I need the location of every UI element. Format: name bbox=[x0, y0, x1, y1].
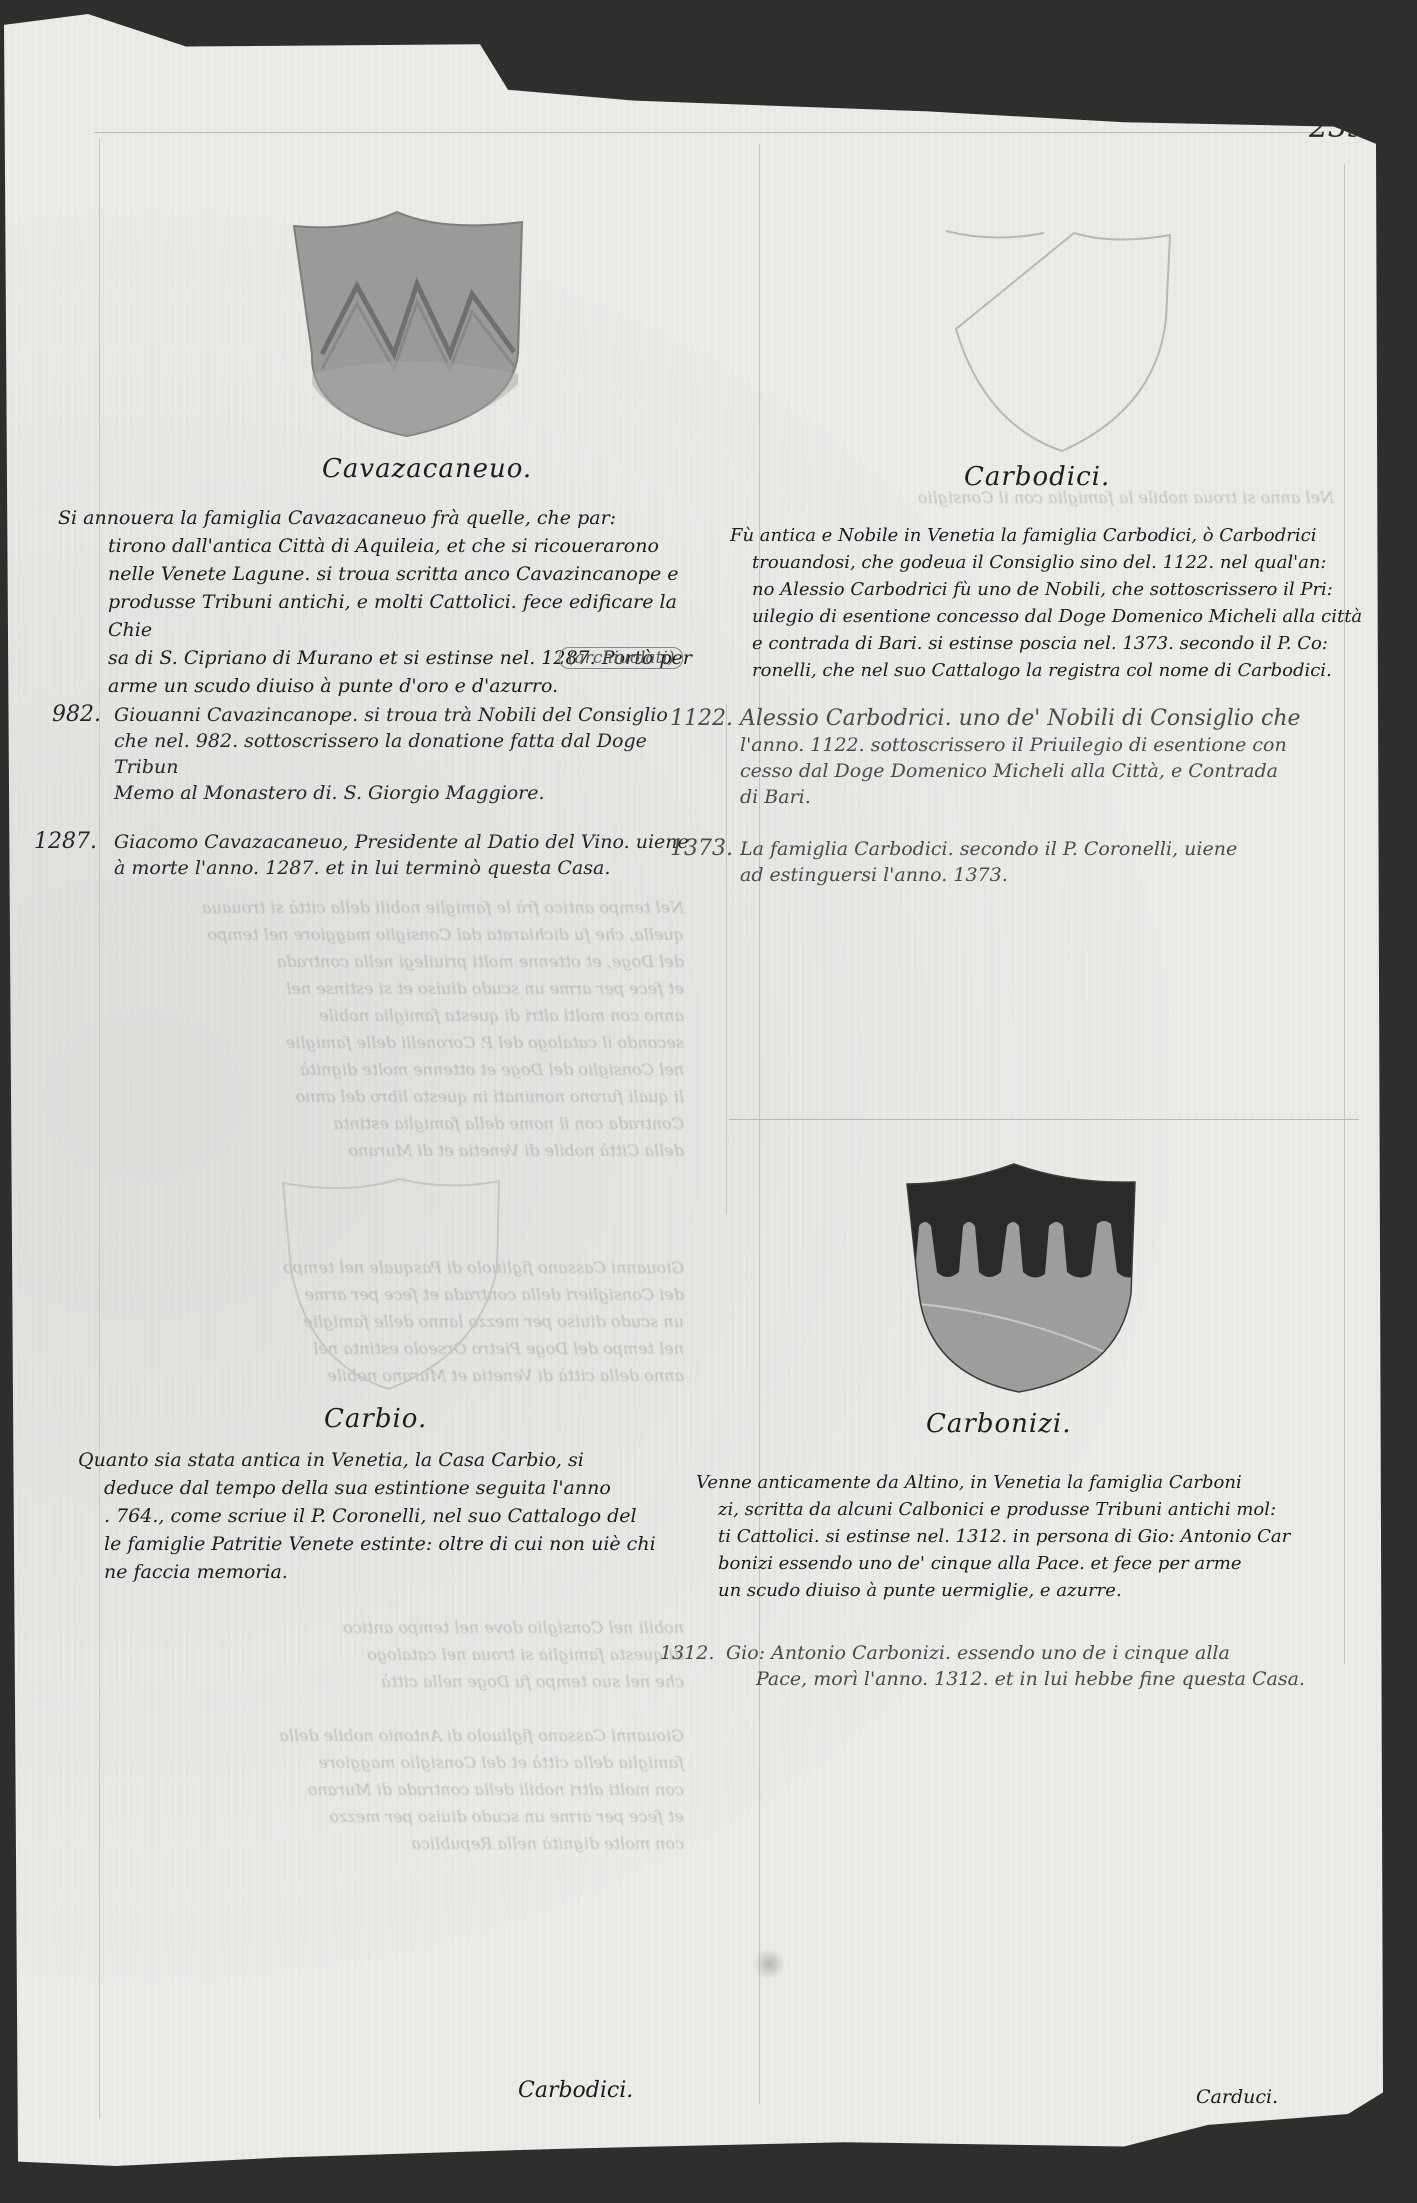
right-column-margin-line bbox=[726, 704, 727, 1214]
bleed-through-text-left: Nel tempo antico frà le famiglie nobili … bbox=[104, 894, 684, 1164]
description-line: bonizi essendo uno de' cinque alla Pace.… bbox=[696, 1550, 1356, 1577]
record-1373: 1373. La famiglia Carbodici. secondo il … bbox=[740, 836, 1350, 888]
description-line: ti Cattolici. si estinse nel. 1312. in p… bbox=[696, 1523, 1356, 1550]
record-year: 1373. bbox=[670, 836, 733, 862]
description-line: . 764., come scriue il P. Coronelli, nel… bbox=[78, 1502, 688, 1530]
record-1312: 1312. Gio: Antonio Carbonizi. essendo un… bbox=[726, 1640, 1346, 1692]
description-line: Quanto sia stata antica in Venetia, la C… bbox=[78, 1446, 688, 1474]
description-line: Si annouera la famiglia Cavazacaneuo frà… bbox=[58, 504, 698, 532]
record-line: à morte l'anno. 1287. et in lui terminò … bbox=[114, 855, 694, 881]
record-year: 1312. bbox=[660, 1640, 714, 1666]
record-line: Gio: Antonio Carbonizi. essendo uno de i… bbox=[726, 1640, 1346, 1666]
record-line: Alessio Carbodrici. uno de' Nobili di Co… bbox=[740, 706, 1350, 732]
carbonizi-shield-icon bbox=[899, 1154, 1139, 1404]
bleed-through-text-left-bottom: nobili nel Consiglio dove nel tempo anti… bbox=[104, 1614, 684, 1857]
record-line: Memo al Monastero di. S. Giorgio Maggior… bbox=[114, 780, 694, 806]
family-heading-cavazacaneuo: Cavazacaneuo. bbox=[322, 454, 532, 484]
record-1122: 1122. Alessio Carbodrici. uno de' Nobili… bbox=[740, 706, 1350, 810]
record-line: Giacomo Cavazacaneuo, Presidente al Dati… bbox=[114, 829, 694, 855]
family-heading-carbodici: Carbodici. bbox=[964, 462, 1110, 492]
top-ruling-line bbox=[94, 132, 1324, 133]
description-line: zi, scritta da alcuni Calbonici e produs… bbox=[696, 1496, 1356, 1523]
record-year: 1122. bbox=[670, 706, 733, 732]
record-line: Giouanni Cavazincanope. si troua trà Nob… bbox=[114, 702, 694, 728]
record-line: l'anno. 1122. sottoscrissero il Priuileg… bbox=[740, 732, 1350, 758]
record-year: 982. bbox=[52, 702, 101, 728]
carbodici-shield-icon bbox=[934, 219, 1174, 459]
description-line: tirono dall'antica Città di Aquileia, et… bbox=[58, 532, 698, 560]
description-line: ne faccia memoria. bbox=[78, 1558, 688, 1586]
description-line: e contrada di Bari. si estinse poscia ne… bbox=[730, 630, 1370, 657]
family-description-carbio: Quanto sia stata antica in Venetia, la C… bbox=[78, 1446, 688, 1586]
record-line: cesso dal Doge Domenico Micheli alla Cit… bbox=[740, 758, 1350, 784]
description-line: deduce dal tempo della sua estintione se… bbox=[78, 1474, 688, 1502]
description-line: ronelli, che nel suo Cattalogo la regist… bbox=[730, 657, 1370, 684]
description-line: trouandosi, che godeua il Consiglio sino… bbox=[730, 549, 1370, 576]
family-heading-carbonizi: Carbonizi. bbox=[926, 1409, 1071, 1439]
description-line: Fù antica e Nobile in Venetia la famigli… bbox=[730, 522, 1370, 549]
folio-number: 239 bbox=[1309, 110, 1366, 145]
record-1287: 1287. Giacomo Cavazacaneuo, Presidente a… bbox=[114, 829, 694, 881]
record-982: 982. Giouanni Cavazincanope. si troua tr… bbox=[114, 702, 694, 806]
description-line: produsse Tribuni antichi, e molti Cattol… bbox=[58, 588, 698, 644]
record-line: La famiglia Carbodici. secondo il P. Cor… bbox=[740, 836, 1350, 862]
carbio-shield-icon bbox=[269, 1159, 509, 1399]
record-line: ad estinguersi l'anno. 1373. bbox=[740, 862, 1350, 888]
column-divider-line bbox=[759, 144, 760, 2104]
record-year: 1287. bbox=[34, 829, 97, 855]
family-description-cavazacaneuo: Si annouera la famiglia Cavazacaneuo frà… bbox=[58, 504, 698, 700]
description-line: arme un scudo diuiso à punte d'oro e d'a… bbox=[58, 672, 698, 700]
right-margin-line bbox=[1344, 164, 1345, 1664]
manuscript-page: 239 Nel tempo antico frà le famiglie nob… bbox=[4, 14, 1404, 2179]
family-description-carbonizi: Venne anticamente da Altino, in Venetia … bbox=[696, 1469, 1356, 1604]
ink-stain bbox=[752, 1949, 786, 1979]
margin-note: (archiuolati) bbox=[559, 647, 683, 669]
cavazacaneuo-shield-icon bbox=[282, 204, 542, 444]
description-line: no Alessio Carbodrici fù uno de Nobili, … bbox=[730, 576, 1370, 603]
left-margin-line bbox=[99, 139, 100, 2119]
description-line: le famiglie Patritie Venete estinte: olt… bbox=[78, 1530, 688, 1558]
family-heading-carbio: Carbio. bbox=[324, 1404, 427, 1434]
family-description-carbodici: Fù antica e Nobile in Venetia la famigli… bbox=[730, 522, 1370, 684]
record-line: Pace, morì l'anno. 1312. et in lui hebbe… bbox=[726, 1666, 1346, 1692]
catchword-carbodici: Carbodici. bbox=[518, 2078, 633, 2103]
description-line: uilegio di esentione concesso dal Doge D… bbox=[730, 603, 1370, 630]
record-line: di Bari. bbox=[740, 784, 1350, 810]
mid-right-ruling-line bbox=[729, 1119, 1359, 1120]
description-line: nelle Venete Lagune. si troua scritta an… bbox=[58, 560, 698, 588]
description-line: un scudo diuiso à punte uermiglie, e azu… bbox=[696, 1577, 1356, 1604]
record-line: che nel. 982. sottoscrissero la donation… bbox=[114, 728, 694, 780]
description-line: Venne anticamente da Altino, in Venetia … bbox=[696, 1469, 1356, 1496]
catchword-carduci: Carduci. bbox=[1196, 2086, 1278, 2108]
